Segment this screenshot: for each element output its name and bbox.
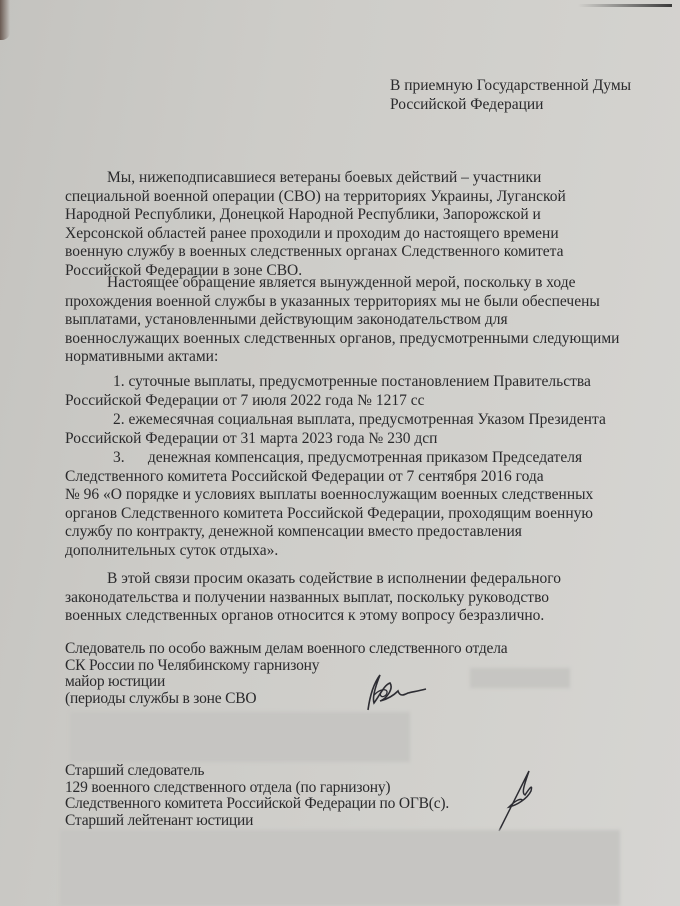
- signatory-line: майор юстиции: [65, 674, 507, 691]
- list-text: Следственного комитета Российской Федера…: [65, 468, 640, 487]
- signature-icon: [360, 665, 430, 715]
- addressee-block: В приемную Государственной Думы Российск…: [390, 76, 631, 114]
- paragraph-line: Херсонской областей ранее проходили и пр…: [65, 225, 640, 244]
- list-text: службу по контракту, денежной компенсаци…: [65, 523, 640, 542]
- signatory-line: Следственного комитета Российской Федера…: [65, 796, 449, 813]
- paragraph-line: военную службу в военных следственных ор…: [65, 243, 640, 262]
- addressee-line: В приемную Государственной Думы: [390, 76, 631, 95]
- signatory-block: Старший следователь 129 военного следств…: [65, 763, 449, 829]
- list-number: 2.: [113, 411, 125, 428]
- list-number: 3.: [113, 449, 125, 466]
- signatory-line: (периоды службы в зоне СВО: [65, 691, 507, 708]
- list-text: денежная компенсация, предусмотренная пр…: [148, 449, 582, 466]
- document-page: В приемную Государственной Думы Российск…: [0, 0, 680, 906]
- list-text: Российской Федерации от 7 июля 2022 года…: [65, 392, 640, 411]
- paragraph-line: законодательства и получении названных в…: [65, 589, 640, 608]
- paragraph-line: выплатами, установленными действующим за…: [65, 311, 640, 330]
- list-number: 1.: [113, 373, 125, 390]
- list-text: дополнительных суток отдыха».: [65, 542, 640, 561]
- paragraph-line: военных следственных органов относится к…: [65, 607, 640, 626]
- signatory-line: Старший лейтенант юстиции: [65, 813, 449, 830]
- redacted-area: [60, 830, 620, 906]
- paragraph-line: специальной военной операции (СВО) на те…: [65, 188, 640, 207]
- list-text: суточные выплаты, предусмотренные постан…: [129, 373, 591, 390]
- signatory-block: Следователь по особо важным делам военно…: [65, 641, 507, 707]
- reason-paragraph: Настоящее обращение является вынужденной…: [65, 274, 640, 367]
- list-item: 1. суточные выплаты, предусмотренные пос…: [65, 373, 640, 410]
- list-item-lead: 2. ежемесячная социальная выплата, преду…: [65, 411, 640, 430]
- paragraph-line: Настоящее обращение является вынужденной…: [65, 274, 640, 293]
- list-item: 2. ежемесячная социальная выплата, преду…: [65, 411, 640, 448]
- request-paragraph: В этой связи просим оказать содействие в…: [65, 570, 640, 626]
- decorative-line: [578, 4, 672, 7]
- paragraph-line: В этой связи просим оказать содействие в…: [65, 570, 640, 589]
- signatory-line: СК России по Челябинскому гарнизону: [65, 658, 507, 675]
- list-item-lead: 1. суточные выплаты, предусмотренные пос…: [65, 373, 640, 392]
- list-item-lead: 3. денежная компенсация, предусмотренная…: [65, 449, 640, 468]
- paragraph-line: военнослужащих военных следственных орга…: [65, 330, 640, 349]
- redacted-name: [470, 668, 570, 688]
- paragraph-line: нормативными актами:: [65, 348, 640, 367]
- signature-icon: [495, 765, 545, 835]
- redacted-service-periods: [70, 712, 410, 762]
- list-text: Российской Федерации от 31 марта 2023 го…: [65, 430, 640, 449]
- addressee-line: Российской Федерации: [390, 95, 631, 114]
- list-text: ежемесячная социальная выплата, предусмо…: [129, 411, 606, 428]
- list-item: 3. денежная компенсация, предусмотренная…: [65, 449, 640, 560]
- list-text: органов Следственного комитета Российско…: [65, 505, 640, 524]
- signatory-line: Старший следователь: [65, 763, 449, 780]
- page-edge-shadow: [0, 0, 10, 40]
- paragraph-line: Народной Республики, Донецкой Народной Р…: [65, 206, 640, 225]
- signatory-line: 129 военного следственного отдела (по га…: [65, 780, 449, 797]
- list-text: № 96 «О порядке и условиях выплаты военн…: [65, 486, 640, 505]
- paragraph-line: Мы, нижеподписавшиеся ветераны боевых де…: [65, 169, 640, 188]
- paragraph-line: прохождения военной службы в указанных т…: [65, 293, 640, 312]
- signatory-line: Следователь по особо важным делам военно…: [65, 641, 507, 658]
- intro-paragraph: Мы, нижеподписавшиеся ветераны боевых де…: [65, 169, 640, 280]
